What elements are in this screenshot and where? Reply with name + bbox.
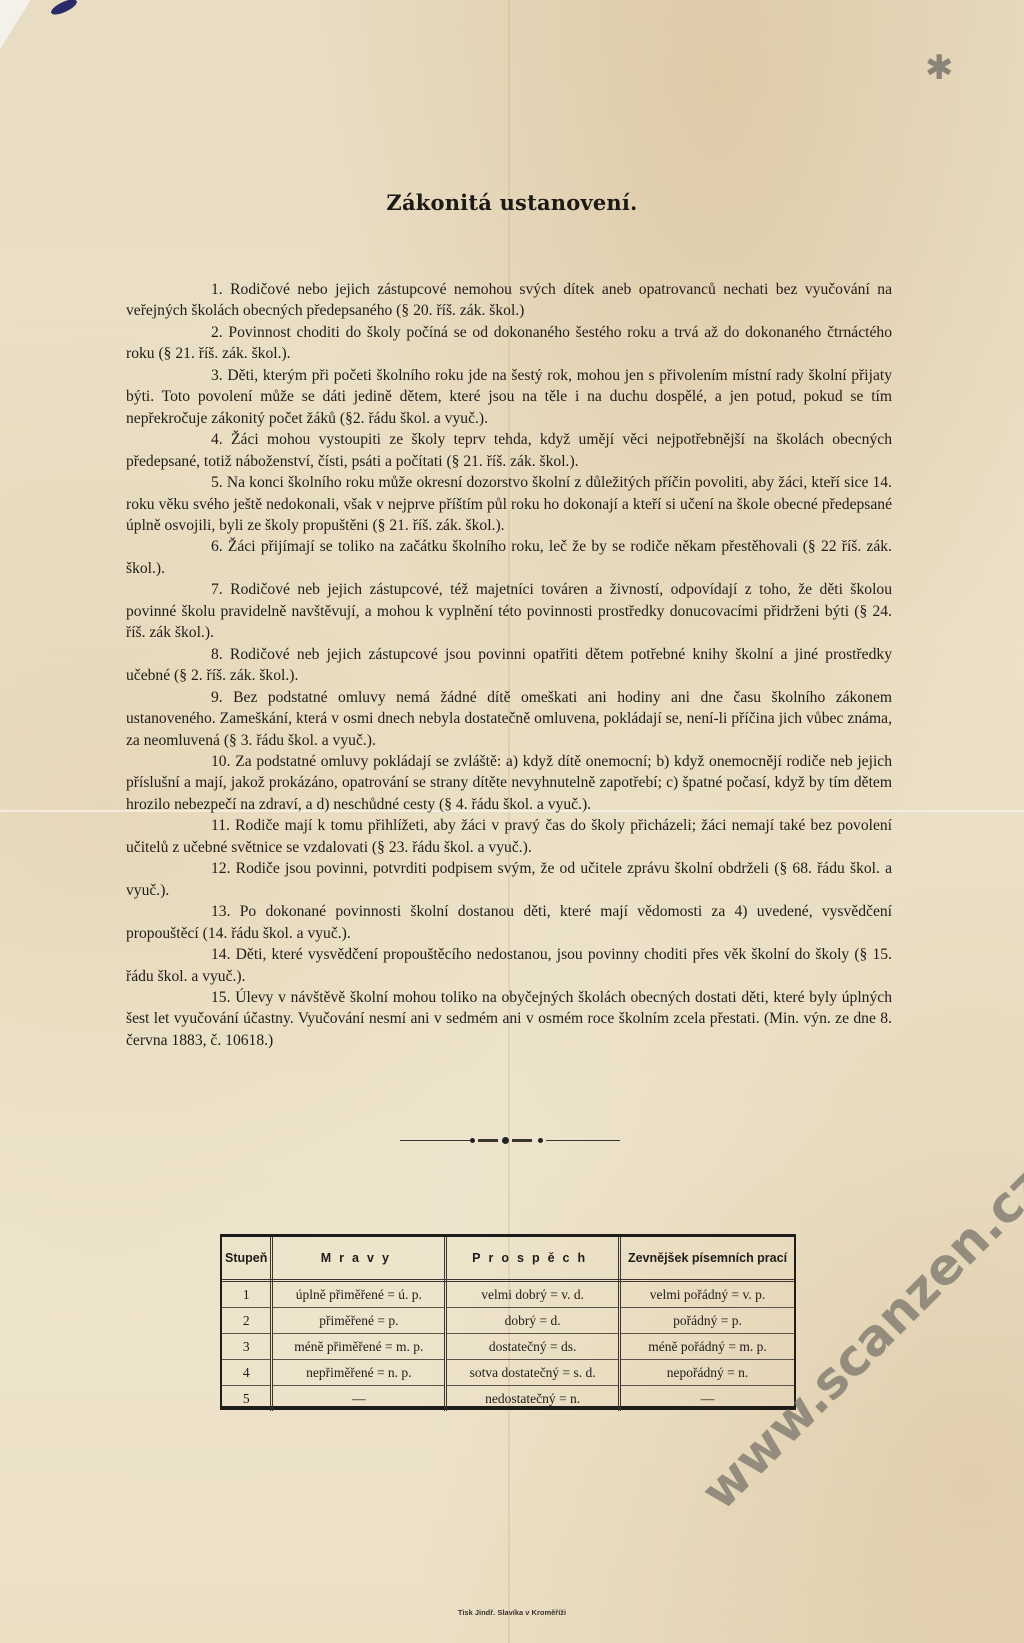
provision-12: 12. Rodiče jsou povinni, potvrditi podpi… — [126, 858, 892, 901]
provision-15: 15. Úlevy v návštěvě školní mohou toliko… — [126, 987, 892, 1051]
appearance-cell: méně pořádný = m. p. — [620, 1334, 794, 1360]
appearance-cell: pořádný = p. — [620, 1308, 794, 1334]
divider-dot-center — [502, 1137, 509, 1144]
document-title: Zákonitá ustanovení. — [0, 190, 1024, 215]
divider-dash — [512, 1139, 532, 1142]
provision-9: 9. Bez podstatné omluvy nemá žádné dítě … — [126, 687, 892, 751]
ornamental-divider — [400, 1138, 620, 1144]
table-row: 5 — nedostatečný = n. — — [222, 1386, 794, 1412]
document-page: ✱ Zákonitá ustanovení. 1. Rodičové nebo … — [0, 0, 1024, 1643]
header-grade: Stupeň — [222, 1237, 272, 1281]
provision-3: 3. Děti, kterým při početi školního roku… — [126, 365, 892, 429]
table-header-row: Stupeň Mravy Prospěch Zevnějšek písemníc… — [222, 1237, 794, 1281]
table-row: 1 úplně přiměřené = ú. p. velmi dobrý = … — [222, 1281, 794, 1308]
provision-11: 11. Rodiče mají k tomu přihlížeti, aby ž… — [126, 815, 892, 858]
progress-cell: sotva dostatečný = s. d. — [446, 1360, 620, 1386]
conduct-cell: méně přiměřené = m. p. — [272, 1334, 446, 1360]
conduct-cell: nepřiměřené = n. p. — [272, 1360, 446, 1386]
table-row: 3 méně přiměřené = m. p. dostatečný = ds… — [222, 1334, 794, 1360]
header-conduct: Mravy — [272, 1237, 446, 1281]
printer-imprint: Tisk Jindř. Slavíka v Kroměříži — [0, 1608, 1024, 1617]
progress-cell: nedostatečný = n. — [446, 1386, 620, 1412]
ink-stain — [49, 0, 79, 17]
pencil-asterisk-mark-icon: ✱ — [925, 48, 954, 88]
table-row: 2 přiměřené = p. dobrý = d. pořádný = p. — [222, 1308, 794, 1334]
grade-number: 3 — [222, 1334, 272, 1360]
divider-line — [546, 1140, 620, 1141]
grade-number: 5 — [222, 1386, 272, 1412]
divider-line — [400, 1140, 470, 1141]
appearance-cell: velmi pořádný = v. p. — [620, 1281, 794, 1308]
appearance-cell: nepořádný = n. — [620, 1360, 794, 1386]
provision-2: 2. Povinnost choditi do školy počíná se … — [126, 322, 892, 365]
conduct-cell: — — [272, 1386, 446, 1412]
provision-10: 10. Za podstatné omluvy pokládají se zvl… — [126, 751, 892, 815]
grade-number: 1 — [222, 1281, 272, 1308]
provision-5: 5. Na konci školního roku může okresní d… — [126, 472, 892, 536]
header-progress: Prospěch — [446, 1237, 620, 1281]
divider-dash — [478, 1139, 498, 1142]
grade-number: 4 — [222, 1360, 272, 1386]
conduct-cell: úplně přiměřené = ú. p. — [272, 1281, 446, 1308]
table-row: 4 nepřiměřené = n. p. sotva dostatečný =… — [222, 1360, 794, 1386]
divider-dot — [538, 1138, 543, 1143]
provision-8: 8. Rodičové neb jejich zástupcové jsou p… — [126, 644, 892, 687]
progress-cell: dobrý = d. — [446, 1308, 620, 1334]
header-written-work-appearance: Zevnějšek písemních prací — [620, 1237, 794, 1281]
progress-cell: velmi dobrý = v. d. — [446, 1281, 620, 1308]
provision-6: 6. Žáci přijímají se toliko na začátku š… — [126, 536, 892, 579]
conduct-cell: přiměřené = p. — [272, 1308, 446, 1334]
divider-dot — [470, 1138, 475, 1143]
grade-number: 2 — [222, 1308, 272, 1334]
progress-cell: dostatečný = ds. — [446, 1334, 620, 1360]
grading-scale-table: Stupeň Mravy Prospěch Zevnějšek písemníc… — [220, 1234, 796, 1410]
legal-provisions-text: 1. Rodičové nebo jejich zástupcové nemoh… — [126, 279, 892, 1051]
provision-7: 7. Rodičové neb jejich zástupcové, též m… — [126, 579, 892, 643]
provision-1: 1. Rodičové nebo jejich zástupcové nemoh… — [126, 279, 892, 322]
provision-14: 14. Děti, které vysvědčení propouštěcího… — [126, 944, 892, 987]
provision-13: 13. Po dokonané povinnosti školní dostan… — [126, 901, 892, 944]
provision-4: 4. Žáci mohou vystoupiti ze školy teprv … — [126, 429, 892, 472]
